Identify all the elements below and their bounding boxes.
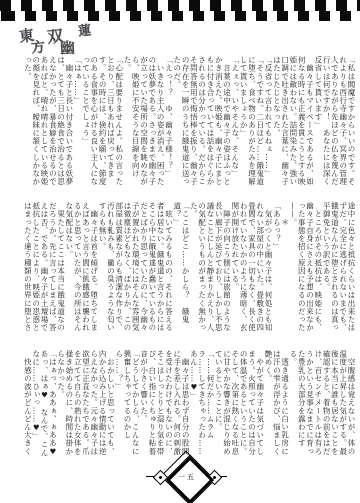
paragraph: 「あらっ？」: [272, 202, 280, 339]
text-band-2: 途中に色々と抵抗くらいは出来たはずだ。完全に逃げられないまでも、餓鬼道なんかに堕…: [24, 202, 355, 339]
paragraph: 「反省って言われてもねぇ……」: [264, 56, 272, 190]
paragraph: 「心配は要りませんよ。私の言ったとおり、三日もあれば戻ってきます。その時には、倹…: [81, 56, 122, 190]
paragraph: 「はぁ……」: [73, 56, 81, 190]
paragraph: ＊: [280, 202, 288, 339]
text-band-3: 空腹感は覚えないが、体の温度が上昇した気がする。最後に本当に誰も居ないことを確認…: [24, 350, 355, 463]
paragraph: いきなり主人の姿が消え、困ったのは妖夢である。さっきまで幽々子が立っていた場所の…: [123, 56, 164, 190]
paragraph: ところがその抵抗は、映姫にも、幽々子自身にさえも予想の出来なかった事態を招く原因…: [289, 202, 322, 339]
paragraph: 「えっ！？ ゆ、幽々子様！？」: [164, 56, 172, 190]
paragraph: 気がつくと幽々子は、何処とも知れない部屋の中にいた。畳敷きの四畳間で、家具の一切…: [231, 202, 272, 339]
paragraph: 呟いてみるものの、それに答える者は居ない。餓鬼道と言うからにはそこら中に餓鬼達が…: [98, 202, 173, 339]
paragraph: やがて幽々子は気づいてしまう。火照っていたのは自分の体温であるということに。そし…: [214, 350, 264, 463]
paragraph: 快感の波がどんどん大きくなるのに、幽々子は自らの行為に吐息を荒げ、身を竦める。し…: [24, 350, 31, 463]
logo-char-2: 方: [30, 37, 45, 58]
paragraph: 「はぁっ、ああぁ、ぁああ♥ あっ、はぁ♥ なんで、こんなに……ひぃっ……♥」: [31, 350, 56, 463]
paragraph: 透き通るように白い乳房には汗の雫が浮かび、悩ましく艶めく。: [264, 350, 289, 463]
paragraph: 「ここはどこ……かしら？ 餓鬼道？」: [172, 202, 189, 339]
checker-row-1: [0, 0, 360, 11]
paragraph: 途中に色々と抵抗くらいは出来たはずだ。完全に逃げられないまでも、餓鬼道なんかに堕…: [322, 202, 355, 339]
text-band-1: 「私は閻魔ですからいいのです。それよりも西行寺幽々子、冥界の管理人でありながら先…: [24, 56, 355, 190]
top-checker-border: [0, 0, 360, 21]
scanned-novel-page: 東 方 双 幽 蓮 「私は閻魔ですからいいのです。それよりも西行寺幽々子、冥界の…: [0, 0, 360, 503]
paragraph: 障子の向こう側には旅館のような長い廊下が延びており、しかし不思議なことにしんと静…: [189, 202, 230, 339]
paragraph: 「そうですね。二日ほど……餓鬼道に堕ち、食べ物のありがたみを理解して貰いましょう…: [239, 56, 264, 190]
paragraph: 幽々子は思わず自分の股間に手を差し入れる。何の刺激を受けたわけでもないのに、そこ…: [139, 350, 189, 463]
paragraph: 「……何だか……ムラムラ……してきちゃったわ……あん……♥」: [189, 350, 214, 463]
paragraph: 言葉の途中で幽々子の姿はふっとかき消えた。映姫も、幽々子にまともに付き合っていて…: [172, 56, 230, 190]
dot-icon: [158, 475, 162, 479]
paragraph: 空腹感は覚えないが、体の温度が上昇した気がする。最後に本当に誰も居ないことを確認…: [289, 350, 355, 463]
paragraph: 幽々子もマイペースであるが、如何なる時にも正義を貫こうとする映姫には敵わない。詰…: [272, 56, 313, 190]
paragraph: おかしいと思っていても、内から込み上げる情動には逆らえなかった。元々幽々子は欲望…: [56, 350, 114, 463]
paragraph: 果たしてここは本当に餓鬼道なのだろうか。先に言ってしまえば、答えは否、である。幽…: [24, 202, 65, 339]
paragraph: 「どうしてかしら、こんなに興奮しちゃってるのかしら……？」: [114, 350, 139, 463]
logo-char-5: 蓮: [77, 19, 92, 39]
paragraph: 幽々子と長い付き合いである妖夢は、とても三日の絶食で治るとは思えなかったが、暴食…: [24, 56, 73, 190]
paragraph: 「えぇっ、いやそんな、そんな」: [231, 56, 239, 190]
checker-row-2: [0, 11, 360, 21]
paragraph: 幽々子は首を傾げる。堕ちてしまえばあっと言う間に飢餓感に襲われるかと思っていたが…: [65, 202, 98, 339]
page-number: 一五: [175, 472, 199, 482]
paragraph: 「私は閻魔ですからいいのです。それよりも西行寺幽々子、冥界の管理人でありながら先…: [314, 56, 355, 190]
